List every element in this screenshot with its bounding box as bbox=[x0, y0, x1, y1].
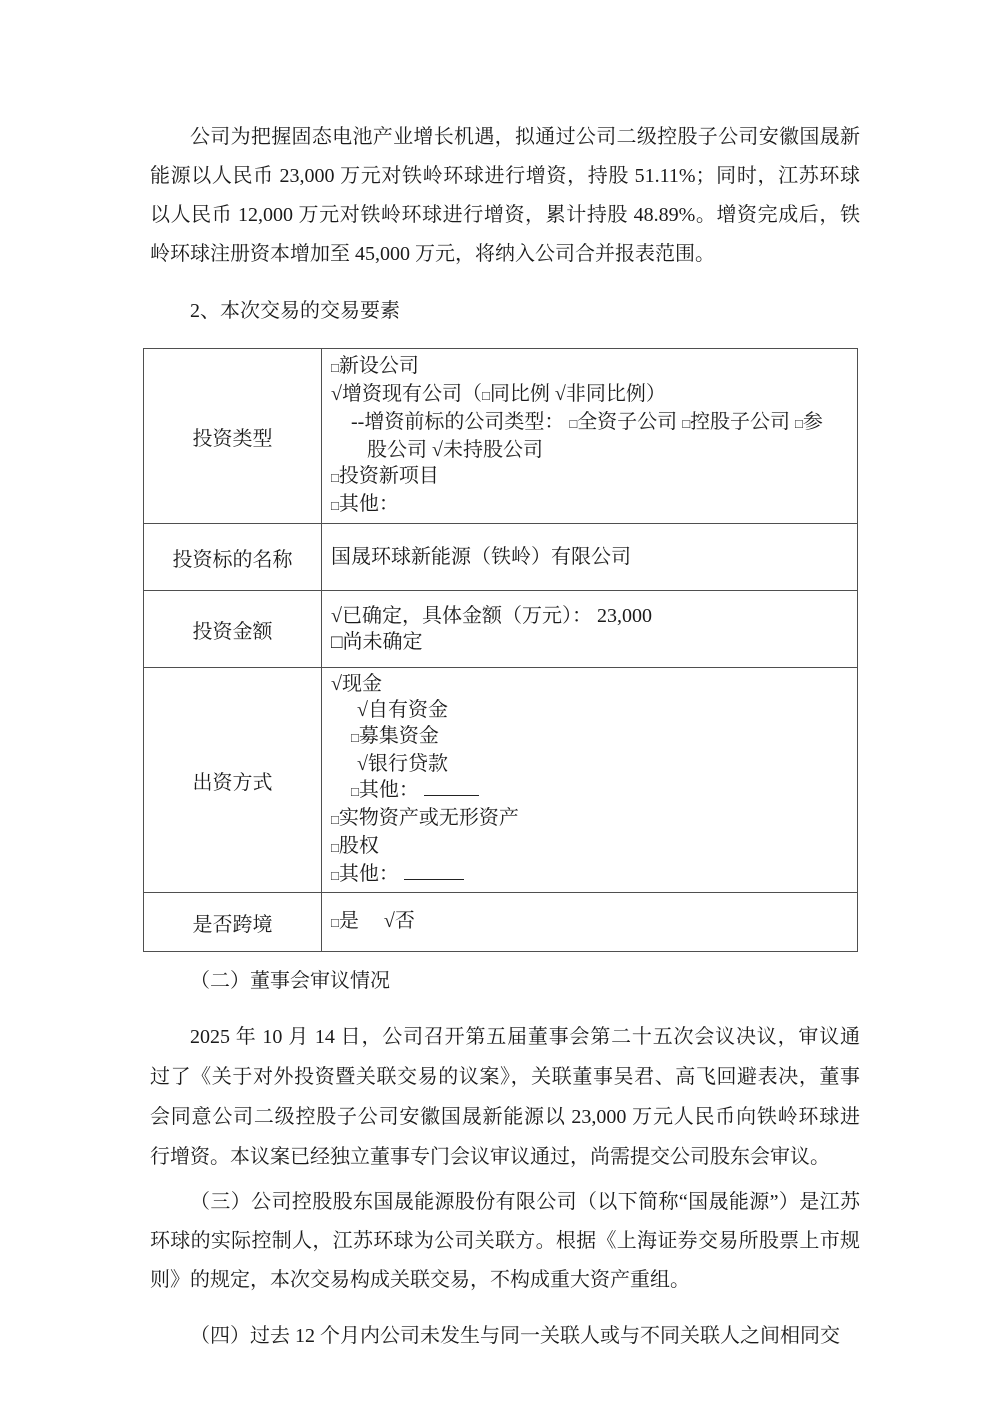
table-row: 投资标的名称国晟环球新能源（铁岭）有限公司 bbox=[144, 524, 858, 591]
table-row: 投资类型□新设公司√增资现有公司（□同比例 √非同比例）--增资前标的公司类型：… bbox=[144, 349, 858, 524]
cell-text: 募集资金 bbox=[359, 725, 439, 747]
cell-line: □尚未确定 bbox=[331, 629, 853, 656]
cell-text: 股公司 bbox=[367, 439, 432, 461]
paragraph-line: （四）过去 12 个月内公司未发生与同一关联人或与不同关联人之间相同交 bbox=[150, 1317, 860, 1356]
checkmark-icon: √ bbox=[357, 699, 368, 721]
document-page: 公司为把握固态电池产业增长机遇，拟通过公司二级控股子公司安徽国晟新能源以人民币 … bbox=[0, 0, 1000, 1414]
checkbox-icon: □ bbox=[331, 915, 339, 930]
cell-text: 全资子公司 bbox=[577, 411, 682, 433]
paragraph-capital-increase-overview: 公司为把握固态电池产业增长机遇，拟通过公司二级控股子公司安徽国晟新能源以人民币 … bbox=[150, 118, 860, 274]
row-content-cell: □新设公司√增资现有公司（□同比例 √非同比例）--增资前标的公司类型： □全资… bbox=[322, 349, 858, 524]
blank-underline bbox=[424, 781, 479, 796]
cell-text: 实物资产或无形资产 bbox=[339, 807, 519, 829]
row-content-cell: √已确定，具体金额（万元）： 23,000□尚未确定 bbox=[322, 591, 858, 668]
paragraph-line: 能源以人民币 23,000 万元对铁岭环球进行增资，持股 51.11%；同时，江… bbox=[150, 157, 860, 196]
row-label-cell: 投资类型 bbox=[144, 349, 322, 524]
checkbox-icon: □ bbox=[351, 784, 359, 799]
row-content-cell: 国晟环球新能源（铁岭）有限公司 bbox=[322, 524, 858, 591]
row-label-cell: 投资标的名称 bbox=[144, 524, 322, 591]
paragraph-line: 以人民币 12,000 万元对铁岭环球进行增资，累计持股 48.89%。增资完成… bbox=[150, 196, 860, 235]
checkmark-icon: √ bbox=[357, 753, 368, 775]
table-row: 出资方式√现金√自有资金□募集资金√银行贷款□其他： □实物资产或无形资产□股权… bbox=[144, 668, 858, 893]
cell-text: 自有资金 bbox=[368, 699, 448, 721]
checkmark-icon: √ bbox=[432, 439, 443, 461]
checkbox-icon: □ bbox=[331, 498, 339, 513]
table-row: 是否跨境□是 √否 bbox=[144, 893, 858, 952]
section-heading-transaction-elements: 2、本次交易的交易要素 bbox=[150, 292, 860, 331]
cell-text: 银行贷款 bbox=[368, 753, 448, 775]
cell-text: 已确定，具体金额（万元）： 23,000 bbox=[342, 605, 652, 627]
cell-line: □其他： bbox=[331, 777, 853, 805]
cell-line: □新设公司 bbox=[331, 353, 853, 381]
cell-line: □投资新项目 bbox=[331, 463, 853, 491]
cell-line: 国晟环球新能源（铁岭）有限公司 bbox=[331, 544, 853, 570]
cell-line: □其他： bbox=[331, 861, 853, 889]
row-label-cell: 出资方式 bbox=[144, 668, 322, 893]
cell-text: 控股子公司 bbox=[690, 411, 795, 433]
checkmark-icon: √ bbox=[555, 383, 566, 405]
checkbox-icon: □ bbox=[682, 416, 690, 431]
cell-text: 同比例 bbox=[490, 383, 555, 405]
table-row: 投资金额√已确定，具体金额（万元）： 23,000□尚未确定 bbox=[144, 591, 858, 668]
cell-text: 是 bbox=[339, 910, 384, 932]
paragraph-line: 过了《关于对外投资暨关联交易的议案》，关联董事吴君、高飞回避表决，董事 bbox=[150, 1057, 860, 1097]
paragraph-line: 公司为把握固态电池产业增长机遇，拟通过公司二级控股子公司安徽国晟新 bbox=[150, 118, 860, 157]
cell-line: √已确定，具体金额（万元）： 23,000 bbox=[331, 603, 853, 629]
row-label-cell: 是否跨境 bbox=[144, 893, 322, 952]
cell-line: √银行贷款 bbox=[331, 751, 853, 777]
cell-line: □实物资产或无形资产 bbox=[331, 805, 853, 833]
checkmark-icon: √ bbox=[384, 910, 395, 932]
paragraph-board-resolution: 2025 年 10 月 14 日，公司召开第五届董事会第二十五次会议决议，审议通… bbox=[150, 1017, 860, 1177]
cell-line: □是 √否 bbox=[331, 908, 853, 936]
cell-text: 现金 bbox=[342, 673, 382, 695]
cell-text: 否 bbox=[395, 910, 415, 932]
cell-text: 股权 bbox=[339, 835, 379, 857]
paragraph-past-12-months: （四）过去 12 个月内公司未发生与同一关联人或与不同关联人之间相同交 bbox=[150, 1317, 860, 1356]
checkbox-icon: □ bbox=[795, 416, 803, 431]
cell-line: √现金 bbox=[331, 671, 853, 697]
checkbox-icon: □ bbox=[331, 632, 342, 653]
checkbox-icon: □ bbox=[331, 470, 339, 485]
cell-line: □股权 bbox=[331, 833, 853, 861]
cell-text: 新设公司 bbox=[339, 355, 419, 377]
paragraph-line: 则》的规定，本次交易构成关联交易，不构成重大资产重组。 bbox=[150, 1261, 860, 1300]
cell-text: 国晟环球新能源（铁岭）有限公司 bbox=[331, 546, 631, 568]
checkbox-icon: □ bbox=[351, 730, 359, 745]
paragraph-line: 环球的实际控制人，江苏环球为公司关联方。根据《上海证券交易所股票上市规 bbox=[150, 1222, 860, 1261]
checkbox-icon: □ bbox=[331, 812, 339, 827]
checkbox-icon: □ bbox=[482, 388, 490, 403]
checkbox-icon: □ bbox=[331, 868, 339, 883]
cell-text: 尚未确定 bbox=[342, 631, 422, 653]
cell-text: 其他： bbox=[339, 493, 399, 515]
paragraph-related-party: （三）公司控股股东国晟能源股份有限公司（以下简称“国晟能源”）是江苏环球的实际控… bbox=[150, 1183, 860, 1300]
paragraph-line: （三）公司控股股东国晟能源股份有限公司（以下简称“国晟能源”）是江苏 bbox=[150, 1183, 860, 1222]
cell-line: □募集资金 bbox=[331, 723, 853, 751]
paragraph-line: 会同意公司二级控股子公司安徽国晟新能源以 23,000 万元人民币向铁岭环球进 bbox=[150, 1097, 860, 1137]
cell-text: 其他： bbox=[359, 779, 424, 801]
cell-text: 其他： bbox=[339, 863, 404, 885]
section-heading-board-review: （二）董事会审议情况 bbox=[150, 962, 860, 1001]
checkbox-icon: □ bbox=[331, 360, 339, 375]
row-content-cell: √现金√自有资金□募集资金√银行贷款□其他： □实物资产或无形资产□股权□其他： bbox=[322, 668, 858, 893]
checkmark-icon: √ bbox=[331, 605, 342, 627]
checkmark-icon: √ bbox=[331, 673, 342, 695]
cell-line: 股公司 √未持股公司 bbox=[331, 437, 853, 463]
cell-line: --增资前标的公司类型： □全资子公司 □控股子公司 □参 bbox=[331, 409, 853, 437]
paragraph-line: 行增资。本议案已经独立董事专门会议审议通过，尚需提交公司股东会审议。 bbox=[150, 1137, 860, 1177]
blank-underline bbox=[404, 865, 464, 880]
cell-text: 未持股公司 bbox=[443, 439, 543, 461]
cell-text: --增资前标的公司类型： bbox=[351, 411, 569, 433]
cell-line: □其他： bbox=[331, 491, 853, 519]
cell-text: 参 bbox=[803, 411, 823, 433]
paragraph-line: 2025 年 10 月 14 日，公司召开第五届董事会第二十五次会议决议，审议通 bbox=[150, 1017, 860, 1057]
cell-text: 投资新项目 bbox=[339, 465, 439, 487]
paragraph-line: 岭环球注册资本增加至 45,000 万元，将纳入公司合并报表范围。 bbox=[150, 235, 860, 274]
checkmark-icon: √ bbox=[331, 383, 342, 405]
cell-text: 增资现有公司（ bbox=[342, 383, 482, 405]
row-label-cell: 投资金额 bbox=[144, 591, 322, 668]
cell-line: √增资现有公司（□同比例 √非同比例） bbox=[331, 381, 853, 409]
cell-text: 非同比例） bbox=[566, 383, 666, 405]
checkbox-icon: □ bbox=[331, 840, 339, 855]
cell-line: √自有资金 bbox=[331, 697, 853, 723]
checkbox-icon: □ bbox=[569, 416, 577, 431]
document-content: 公司为把握固态电池产业增长机遇，拟通过公司二级控股子公司安徽国晟新能源以人民币 … bbox=[150, 0, 860, 1356]
row-content-cell: □是 √否 bbox=[322, 893, 858, 952]
transaction-elements-table: 投资类型□新设公司√增资现有公司（□同比例 √非同比例）--增资前标的公司类型：… bbox=[143, 348, 858, 952]
transaction-table-body: 投资类型□新设公司√增资现有公司（□同比例 √非同比例）--增资前标的公司类型：… bbox=[144, 349, 858, 952]
